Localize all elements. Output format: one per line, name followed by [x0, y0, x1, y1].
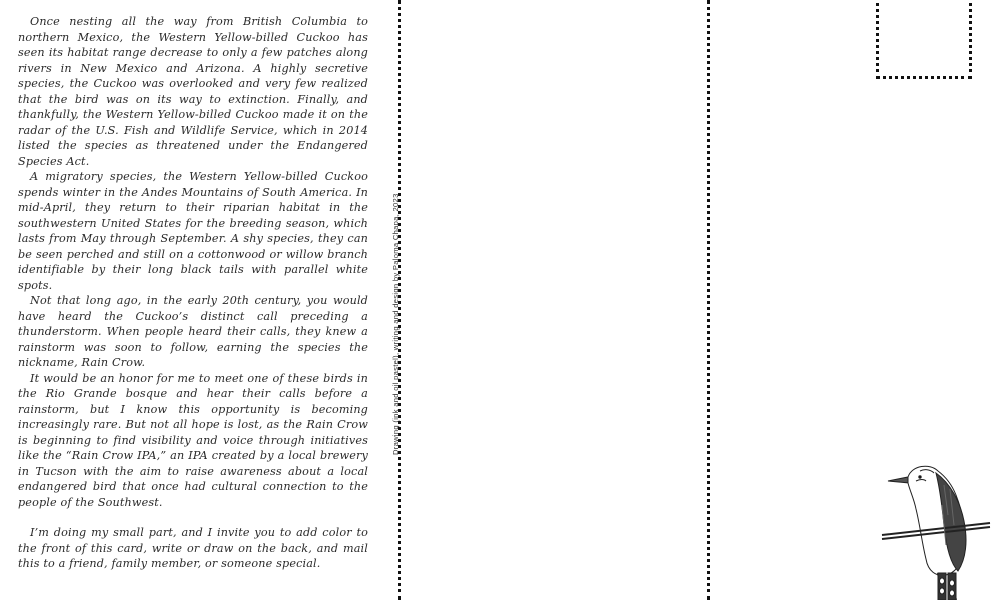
- divider-left: [398, 0, 401, 600]
- postcard-message: Once nesting all the way from British Co…: [18, 14, 368, 572]
- paragraph-migration: A migratory species, the Western Yellow-…: [18, 169, 368, 293]
- paragraph-habitat: Once nesting all the way from British Co…: [18, 14, 368, 169]
- divider-address: [707, 0, 710, 600]
- cuckoo-bird-icon: [880, 455, 1000, 600]
- paragraph-invitation: I’m doing my small part, and I invite yo…: [18, 525, 368, 572]
- paragraph-honor: It would be an honor for me to meet one …: [18, 371, 368, 511]
- paragraph-rain-crow: Not that long ago, in the early 20th cen…: [18, 293, 368, 371]
- stamp-box: [876, 0, 972, 79]
